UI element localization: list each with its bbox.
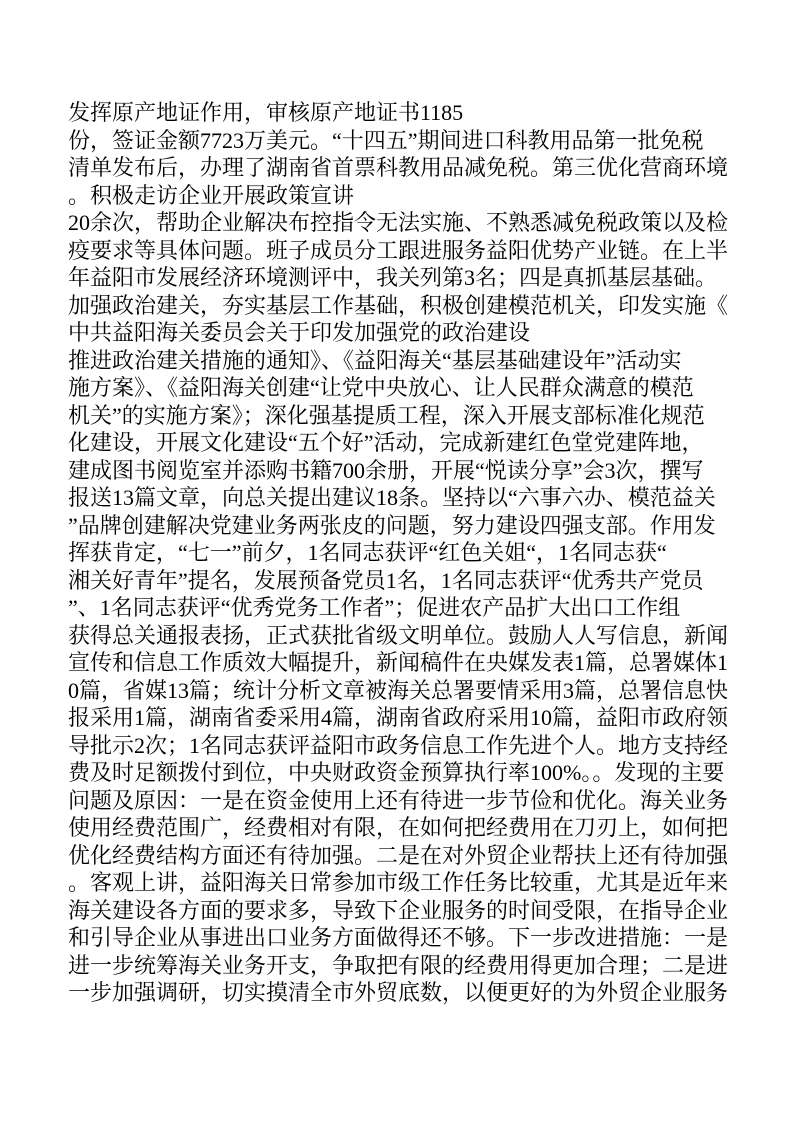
text-line: 中共益阳海关委员会关于印发加强党的政治建设: [68, 319, 730, 347]
text-line: 份，签证金额7723万美元。“十四五”期间进口科教用品第一批免税: [68, 127, 730, 155]
text-line: 获得总关通报表扬，正式获批省级文明单位。鼓励人人写信息，新闻: [68, 622, 730, 650]
text-line: 年益阳市发展经济环境测评中，我关列第3名；四是真抓基层基础。: [68, 264, 730, 292]
text-line: 使用经费范围广，经费相对有限，在如何把经费用在刀刃上，如何把: [68, 814, 730, 842]
text-line: 报送13篇文章，向总关提出建议18条。坚持以“六事六办、模范益关: [68, 484, 730, 512]
document-page: 发挥原产地证作用，审核原产地证书1185份，签证金额7723万美元。“十四五”期…: [0, 0, 793, 1122]
text-line: 宣传和信息工作质效大幅提升，新闻稿件在央媒发表1篇，总署媒体1: [68, 649, 730, 677]
text-line: 施方案》、《益阳海关创建“让党中央放心、让人民群众满意的模范: [68, 374, 730, 402]
text-line: 一步加强调研，切实摸清全市外贸底数，以便更好的为外贸企业服务: [68, 979, 730, 1007]
text-line: 0篇，省媒13篇；统计分析文章被海关总署要情采用3篇，总署信息快: [68, 677, 730, 705]
text-line: 机关”的实施方案》；深化强基提质工程，深入开展支部标准化规范: [68, 402, 730, 430]
text-line: 导批示2次；1名同志获评益阳市政务信息工作先进个人。地方支持经: [68, 732, 730, 760]
text-line: 。客观上讲，益阳海关日常参加市级工作任务比较重，尤其是近年来: [68, 869, 730, 897]
text-line: 湘关好青年”提名，发展预备党员1名，1名同志获评“优秀共产党员: [68, 567, 730, 595]
document-text-block: 发挥原产地证作用，审核原产地证书1185份，签证金额7723万美元。“十四五”期…: [68, 99, 730, 1007]
text-line: 问题及原因：一是在资金使用上还有待进一步节俭和优化。海关业务: [68, 787, 730, 815]
text-line: 清单发布后，办理了湖南省首票科教用品减免税。第三优化营商环境: [68, 154, 730, 182]
text-line: 。积极走访企业开展政策宣讲: [68, 182, 730, 210]
text-line: 报采用1篇，湖南省委采用4篇，湖南省政府采用10篇，益阳市政府领: [68, 704, 730, 732]
text-line: 推进政治建关措施的通知》、《益阳海关“基层基础建设年”活动实: [68, 347, 730, 375]
text-line: 进一步统筹海关业务开支，争取把有限的经费用得更加合理；二是进: [68, 952, 730, 980]
text-line: 费及时足额拨付到位，中央财政资金预算执行率100%。。发现的主要: [68, 759, 730, 787]
text-line: 海关建设各方面的要求多，导致下企业服务的时间受限，在指导企业: [68, 897, 730, 925]
text-line: 优化经费结构方面还有待加强。二是在对外贸企业帮扶上还有待加强: [68, 842, 730, 870]
text-line: 挥获肯定，“七一”前夕，1名同志获评“红色关姐“，1名同志获“: [68, 539, 730, 567]
text-line: ”、1名同志获评“优秀党务工作者”；促进农产品扩大出口工作组: [68, 594, 730, 622]
text-line: 化建设，开展文化建设“五个好”活动，完成新建红色堂党建阵地，: [68, 429, 730, 457]
text-line: 20余次，帮助企业解决布控指令无法实施、不熟悉减免税政策以及检: [68, 209, 730, 237]
text-line: 建成图书阅览室并添购书籍700余册，开展“悦读分享”会3次，撰写: [68, 457, 730, 485]
text-line: 发挥原产地证作用，审核原产地证书1185: [68, 99, 730, 127]
text-line: ”品牌创建解决党建业务两张皮的问题，努力建设四强支部。作用发: [68, 512, 730, 540]
text-line: 和引导企业从事进出口业务方面做得还不够。下一步改进措施：一是: [68, 924, 730, 952]
text-line: 疫要求等具体问题。班子成员分工跟进服务益阳优势产业链。在上半: [68, 237, 730, 265]
text-line: 加强政治建关，夯实基层工作基础，积极创建模范机关，印发实施《: [68, 292, 730, 320]
